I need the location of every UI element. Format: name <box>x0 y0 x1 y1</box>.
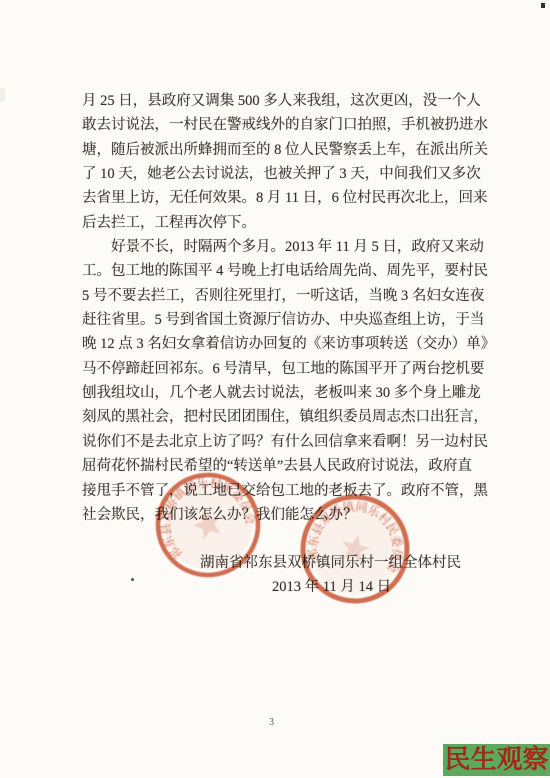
scan-dot <box>131 578 134 581</box>
scan-edge-smudge <box>0 88 5 102</box>
document-line: 刨我组坟山，几个老人就去讨说法，老板叫来 30 多个身上雕龙 <box>82 381 482 405</box>
document-line: 后去拦工，工程再次停下。 <box>82 211 482 235</box>
document-body: 月 25 日，县政府又调集 500 多人来我组，这次更凶，没一个人 敢去讨说法，… <box>82 89 482 527</box>
scanned-petition-page: 月 25 日，县政府又调集 500 多人来我组，这次更凶，没一个人 敢去讨说法，… <box>0 0 550 778</box>
document-line: 塘，随后被派出所蜂拥而至的 8 位人民警察丢上车，在派出所关 <box>82 138 482 162</box>
document-line: 月 25 日，县政府又调集 500 多人来我组，这次更凶，没一个人 <box>82 89 482 113</box>
scan-speck <box>541 3 545 8</box>
document-line: 晚 12 点 3 名妇女拿着信访办回复的《来访事项转送（交办）单》 <box>82 332 482 356</box>
document-line: 接甩手不管了，说工地已交给包工地的老板去了。政府不管，黑 <box>82 479 482 503</box>
document-line: 刻凤的黑社会，把村民团团围住，镇组织委员周志杰口出狂言， <box>82 405 482 429</box>
red-seal-stamp-right: 祁东县双桥镇同乐村民委员会 <box>295 489 415 609</box>
page-number: 3 <box>269 717 274 728</box>
red-seal-stamp-left: 祁东县双桥镇同乐村民委员会 <box>148 465 268 585</box>
document-line: 工。包工地的陈国平 4 号晚上打电话给周先尚、周先平，要村民 <box>82 259 482 283</box>
document-line: 5 号不要去拦工，否则往死里打，一听这话，当晚 3 名妇女连夜 <box>82 284 482 308</box>
document-line: 赶往省里。5 号到省国土资源厅信访办、中央巡查组上访，于当 <box>82 308 482 332</box>
document-line: 敢去讨说法，一村民在警戒线外的自家门口拍照，手机被扔进水 <box>82 113 482 137</box>
document-line: 屈荷花怀揣村民希望的“转送单”去县人民政府讨说法，政府直 <box>82 454 482 478</box>
document-line-paragraph-start: 好景不长，时隔两个多月。2013 年 11 月 5 日，政府又来动 <box>82 235 482 259</box>
document-line: 说你们不是去北京上访了吗？有什么回信拿来看啊！另一边村民 <box>82 430 482 454</box>
document-line: 去省里上访，无任何效果。8 月 11 日，6 位村民再次北上，回来 <box>82 186 482 210</box>
document-line: 社会欺民，我们该怎么办？我们能怎么办？ <box>82 503 482 527</box>
watermark-minsheng-guancha: 民生观察 <box>443 744 550 776</box>
document-line: 马不停蹄赶回祁东。6 号清早，包工地的陈国平开了两台挖机要 <box>82 357 482 381</box>
document-line: 了 10 天，她老公去讨说法，也被关押了 3 天，中间我们又多次 <box>82 162 482 186</box>
